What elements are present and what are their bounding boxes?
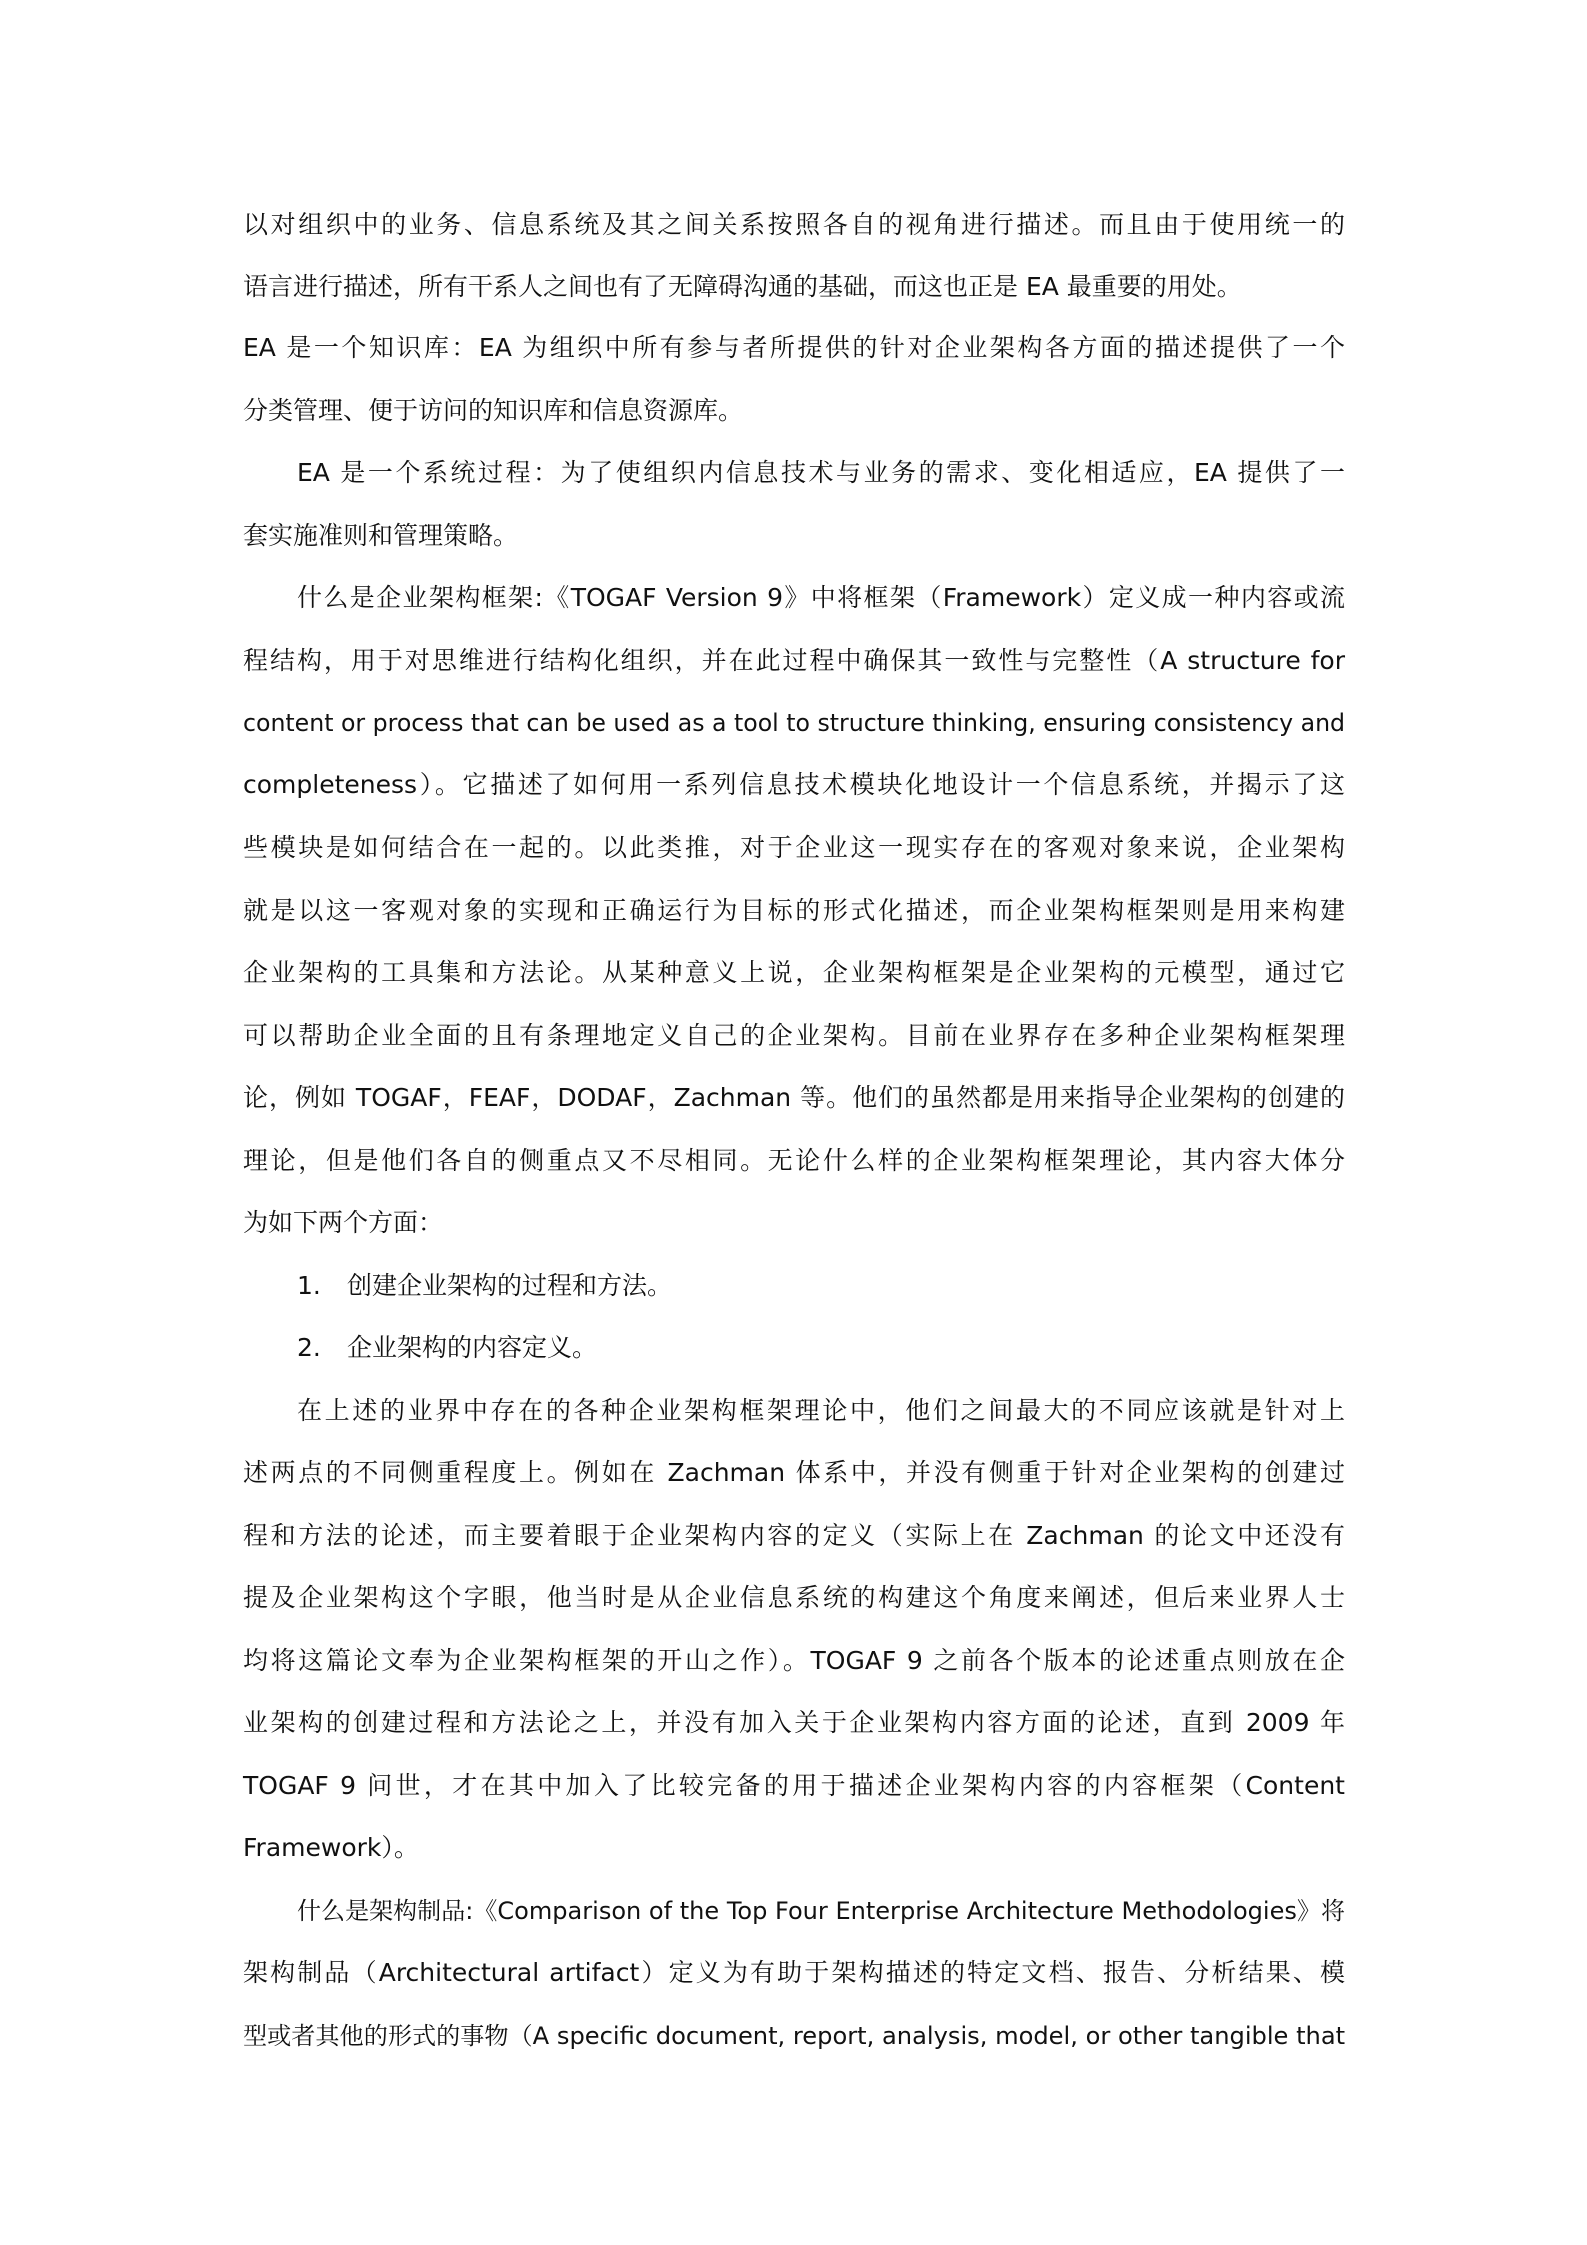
paragraph-line: completeness）。它描述了如何用一系列信息技术模块化地设计一个信息系统…: [243, 765, 1345, 805]
paragraph-line: 述两点的不同侧重程度上。例如在 Zachman 体系中，并没有侧重于针对企业架构…: [243, 1453, 1345, 1493]
list-text: 企业架构的内容定义。: [347, 1328, 597, 1368]
paragraph-line: 程和方法的论述，而主要着眼于企业架构内容的定义（实际上在 Zachman 的论文…: [243, 1516, 1345, 1556]
paragraph-line: 什么是企业架构框架:《TOGAF Version 9》中将框架（Framewor…: [297, 578, 1345, 618]
paragraph-line: 什么是架构制品:《Comparison of the Top Four Ente…: [297, 1891, 1345, 1931]
paragraph-line: 业架构的创建过程和方法论之上，并没有加入关于企业架构内容方面的论述，直到 200…: [243, 1703, 1345, 1743]
paragraph-line: 可以帮助企业全面的且有条理地定义自己的企业架构。目前在业界存在多种企业架构框架理: [243, 1016, 1345, 1056]
list-item: 2. 企业架构的内容定义。: [297, 1328, 597, 1368]
document-page: 以对组织中的业务、信息系统及其之间关系按照各自的视角进行描述。而且由于使用统一的…: [0, 0, 1587, 2245]
paragraph-line: 以对组织中的业务、信息系统及其之间关系按照各自的视角进行描述。而且由于使用统一的: [243, 205, 1345, 245]
list-text: 创建企业架构的过程和方法。: [347, 1266, 672, 1306]
paragraph-line: 提及企业架构这个字眼，他当时是从企业信息系统的构建这个角度来阐述，但后来业界人士: [243, 1578, 1345, 1618]
paragraph-line: 些模块是如何结合在一起的。以此类推，对于企业这一现实存在的客观对象来说，企业架构: [243, 828, 1345, 868]
paragraph-line: EA 是一个知识库：EA 为组织中所有参与者所提供的针对企业架构各方面的描述提供…: [243, 328, 1345, 368]
paragraph-line: 为如下两个方面：: [243, 1203, 1345, 1243]
paragraph-line: 语言进行描述，所有干系人之间也有了无障碍沟通的基础，而这也正是 EA 最重要的用…: [243, 267, 1345, 307]
paragraph-line: 企业架构的工具集和方法论。从某种意义上说，企业架构框架是企业架构的元模型，通过它: [243, 953, 1345, 993]
paragraph-line: TOGAF 9 问世，才在其中加入了比较完备的用于描述企业架构内容的内容框架（C…: [243, 1766, 1345, 1806]
paragraph-line: Framework）。: [243, 1828, 1345, 1868]
paragraph-line: 分类管理、便于访问的知识库和信息资源库。: [243, 391, 1345, 431]
paragraph-line: 型或者其他的形式的事物（A specific document, report,…: [243, 2016, 1345, 2056]
paragraph-line: 就是以这一客观对象的实现和正确运行为目标的形式化描述，而企业架构框架则是用来构建: [243, 891, 1345, 931]
list-number: 1.: [297, 1266, 347, 1306]
paragraph-line: 理论，但是他们各自的侧重点又不尽相同。无论什么样的企业架构框架理论，其内容大体分: [243, 1141, 1345, 1181]
list-item: 1. 创建企业架构的过程和方法。: [297, 1266, 672, 1306]
paragraph-line: 套实施准则和管理策略。: [243, 516, 1345, 556]
paragraph-line: 架构制品（Architectural artifact）定义为有助于架构描述的特…: [243, 1953, 1345, 1993]
list-number: 2.: [297, 1328, 347, 1368]
paragraph-line: EA 是一个系统过程：为了使组织内信息技术与业务的需求、变化相适应，EA 提供了…: [297, 453, 1345, 493]
paragraph-line: 在上述的业界中存在的各种企业架构框架理论中，他们之间最大的不同应该就是针对上: [297, 1391, 1345, 1431]
paragraph-line: 均将这篇论文奉为企业架构框架的开山之作）。TOGAF 9 之前各个版本的论述重点…: [243, 1641, 1345, 1681]
paragraph-line: 程结构，用于对思维进行结构化组织，并在此过程中确保其一致性与完整性（A stru…: [243, 641, 1345, 681]
paragraph-line: content or process that can be used as a…: [243, 703, 1345, 743]
paragraph-line: 论，例如 TOGAF，FEAF，DODAF，Zachman 等。他们的虽然都是用…: [243, 1078, 1345, 1118]
